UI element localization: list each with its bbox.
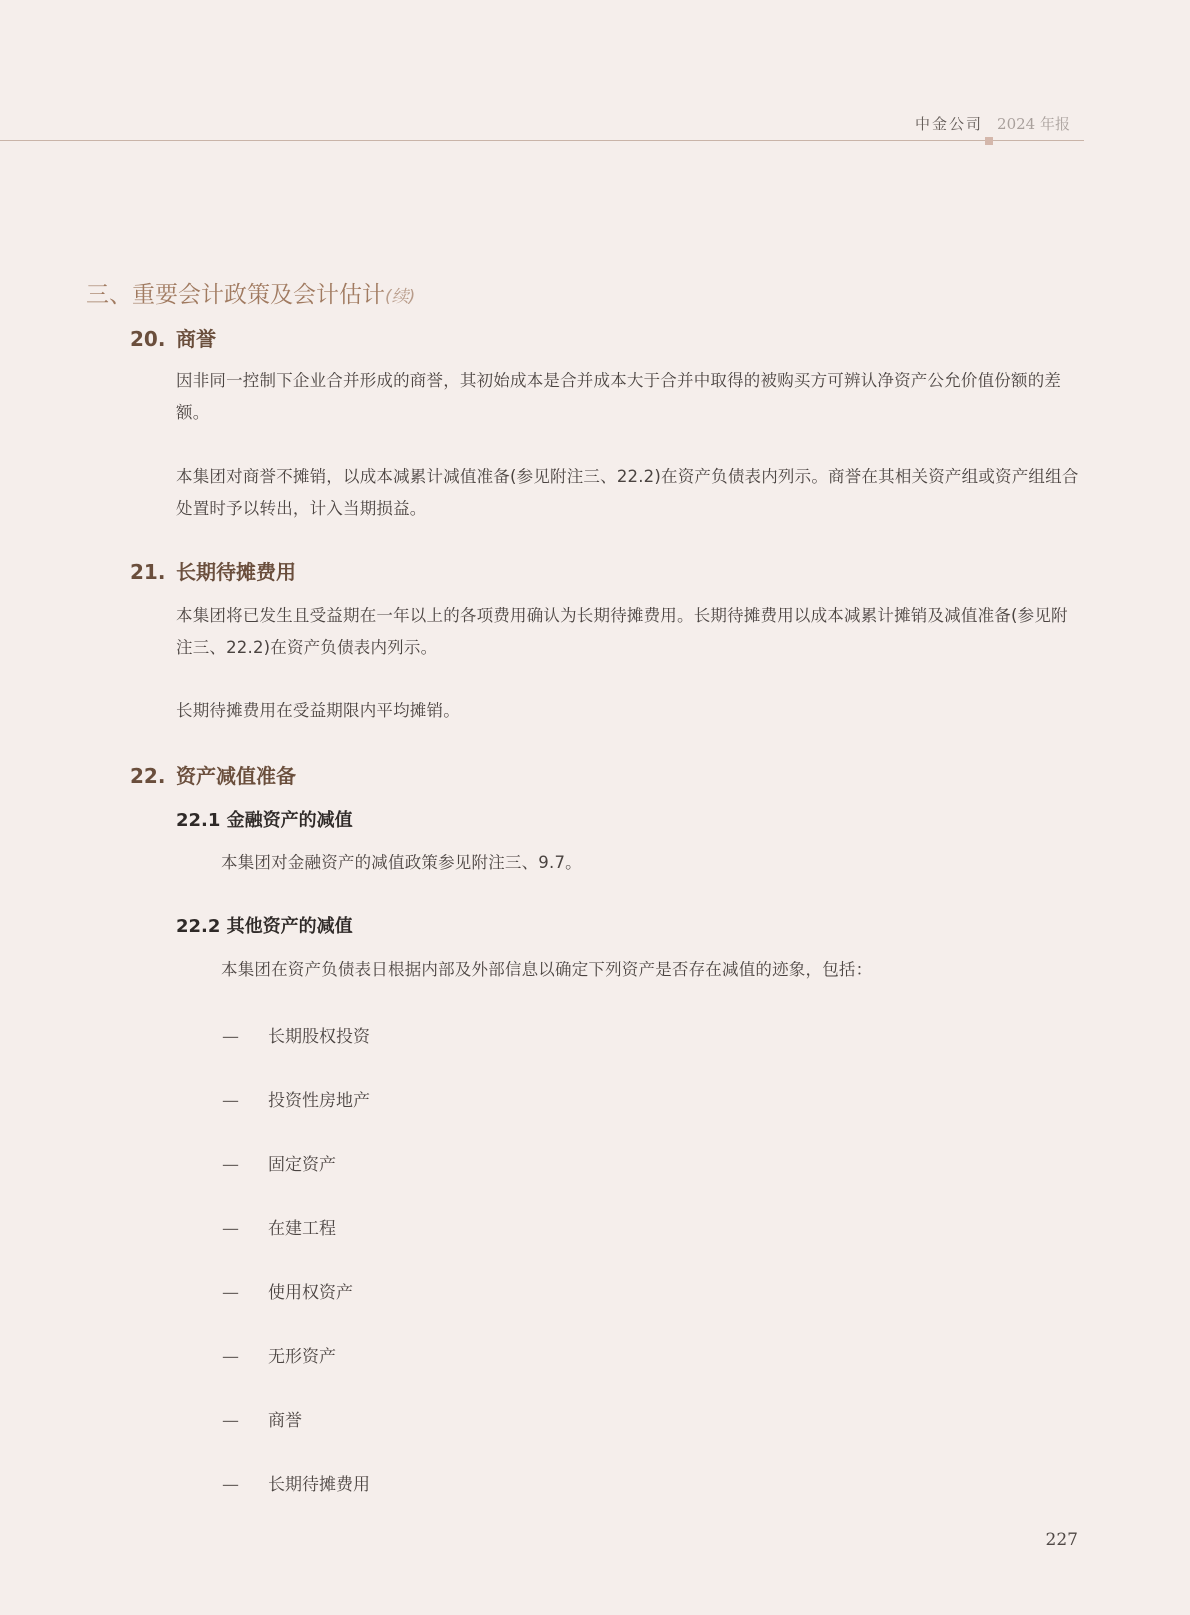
list-item: —投资性房地产 — [222, 1086, 370, 1111]
list-item-text: 使用权资产 — [268, 1283, 353, 1303]
list-item-text: 商誉 — [268, 1411, 302, 1431]
dash-bullet-icon: — — [222, 1347, 268, 1367]
list-item-text: 长期待摊费用 — [268, 1475, 370, 1495]
heading-title: 长期待摊费用 — [176, 560, 296, 584]
heading-number: 21. — [130, 560, 176, 584]
list-item: —固定资产 — [222, 1150, 336, 1175]
dash-bullet-icon: — — [222, 1155, 268, 1175]
heading-title: 商誉 — [176, 327, 216, 351]
page-number: 227 — [1046, 1530, 1078, 1550]
dash-bullet-icon: — — [222, 1219, 268, 1239]
paragraph: 因非同一控制下企业合并形成的商誉，其初始成本是合并成本大于合并中取得的被购买方可… — [176, 365, 1081, 429]
section-continued-label: (续) — [385, 287, 415, 307]
paragraph: 本集团对金融资产的减值政策参见附注三、9.7。 — [221, 847, 1081, 879]
header-report-title: 2024 年报 — [997, 115, 1070, 133]
list-item: —无形资产 — [222, 1342, 336, 1367]
paragraph: 本集团在资产负债表日根据内部及外部信息以确定下列资产是否存在减值的迹象，包括： — [221, 954, 1081, 986]
header-divider — [0, 140, 1084, 141]
running-header: 中金公司2024 年报 — [915, 113, 1070, 134]
list-item: —商誉 — [222, 1406, 302, 1431]
dash-bullet-icon: — — [222, 1475, 268, 1495]
paragraph: 本集团对商誉不摊销，以成本减累计减值准备(参见附注三、22.2)在资产负债表内列… — [176, 461, 1081, 525]
section-title: 三、重要会计政策及会计估计(续) — [86, 276, 415, 309]
list-item-text: 无形资产 — [268, 1347, 336, 1367]
header-marker-square — [985, 137, 993, 145]
dash-bullet-icon: — — [222, 1283, 268, 1303]
paragraph: 本集团将已发生且受益期在一年以上的各项费用确认为长期待摊费用。长期待摊费用以成本… — [176, 600, 1081, 664]
dash-bullet-icon: — — [222, 1027, 268, 1047]
section-title-text: 三、重要会计政策及会计估计 — [86, 282, 385, 308]
list-item: —长期待摊费用 — [222, 1470, 370, 1495]
list-item: —长期股权投资 — [222, 1022, 370, 1047]
subheading-financial-asset-impairment: 22.1 金融资产的减值 — [176, 806, 353, 832]
paragraph: 长期待摊费用在受益期限内平均摊销。 — [176, 695, 1081, 727]
heading-number: 22. — [130, 764, 176, 788]
heading-title: 资产减值准备 — [176, 764, 296, 788]
dash-bullet-icon: — — [222, 1091, 268, 1111]
list-item-text: 长期股权投资 — [268, 1027, 370, 1047]
heading-long-term-prepaid-expenses: 21.长期待摊费用 — [130, 556, 296, 585]
heading-goodwill: 20.商誉 — [130, 323, 216, 352]
list-item-text: 固定资产 — [268, 1155, 336, 1175]
heading-asset-impairment: 22.资产减值准备 — [130, 760, 296, 789]
header-company: 中金公司 — [915, 115, 983, 133]
list-item-text: 投资性房地产 — [268, 1091, 370, 1111]
dash-bullet-icon: — — [222, 1411, 268, 1431]
list-item: —在建工程 — [222, 1214, 336, 1239]
subheading-other-asset-impairment: 22.2 其他资产的减值 — [176, 912, 353, 938]
list-item-text: 在建工程 — [268, 1219, 336, 1239]
heading-number: 20. — [130, 327, 176, 351]
list-item: —使用权资产 — [222, 1278, 353, 1303]
